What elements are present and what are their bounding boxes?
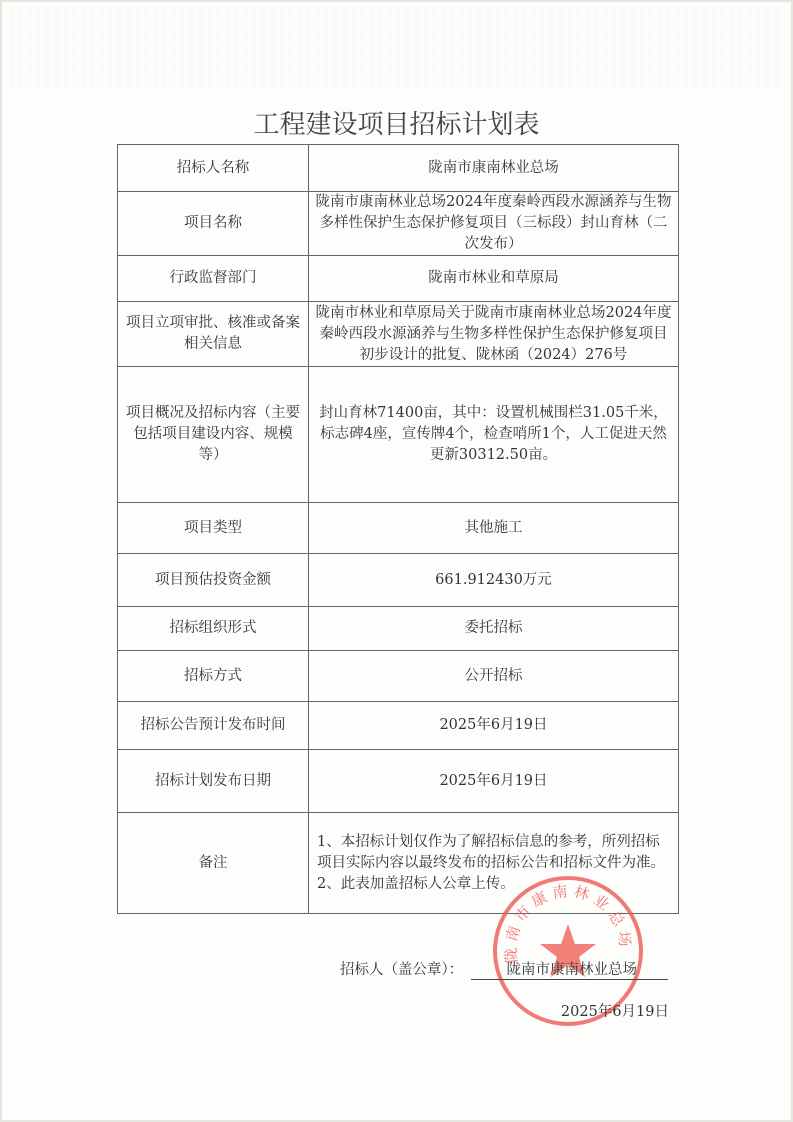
remark-line: 1、本招标计划仅作为了解招标信息的参考，所列招标项目实际内容以最终发布的招标公告… bbox=[317, 832, 672, 874]
field-label: 招标方式 bbox=[118, 651, 309, 702]
scan-noise bbox=[10, 8, 783, 88]
table-row: 行政监督部门陇南市林业和草原局 bbox=[118, 256, 679, 302]
field-label: 项目概况及招标内容（主要包括项目建设内容、规模等） bbox=[118, 367, 309, 503]
field-label: 项目立项审批、核准或备案相关信息 bbox=[118, 302, 309, 367]
field-label: 项目预估投资金额 bbox=[118, 554, 309, 607]
field-value: 其他施工 bbox=[309, 503, 679, 554]
table-row: 项目名称陇南市康南林业总场2024年度秦岭西段水源涵养与生物多样性保护生态保护修… bbox=[118, 192, 679, 256]
table-row: 项目预估投资金额661.912430万元 bbox=[118, 554, 679, 607]
field-value: 陇南市林业和草原局关于陇南市康南林业总场2024年度秦岭西段水源涵养与生物多样性… bbox=[309, 302, 679, 367]
signature-date: 2025年6月19日 bbox=[561, 1000, 669, 1021]
field-value: 委托招标 bbox=[309, 607, 679, 651]
field-value: 661.912430万元 bbox=[309, 554, 679, 607]
document-title: 工程建设项目招标计划表 bbox=[0, 104, 793, 141]
field-value: 陇南市康南林业总场 bbox=[309, 145, 679, 192]
signature-organization: 陇南市康南林业总场 bbox=[471, 958, 668, 980]
field-value: 陇南市康南林业总场2024年度秦岭西段水源涵养与生物多样性保护生态保护修复项目（… bbox=[309, 192, 679, 256]
table-row: 招标公告预计发布时间2025年6月19日 bbox=[118, 702, 679, 750]
field-value: 1、本招标计划仅作为了解招标信息的参考，所列招标项目实际内容以最终发布的招标公告… bbox=[309, 813, 679, 914]
field-value: 封山育林71400亩，其中：设置机械围栏31.05千米，标志碑4座，宣传牌4个，… bbox=[309, 367, 679, 503]
table-row: 招标人名称陇南市康南林业总场 bbox=[118, 145, 679, 192]
field-value: 2025年6月19日 bbox=[309, 750, 679, 813]
signature-label: 招标人（盖公章）： bbox=[340, 962, 463, 978]
remark-line: 2、此表加盖招标人公章上传。 bbox=[317, 874, 672, 895]
field-label: 招标组织形式 bbox=[118, 607, 309, 651]
table-row: 招标计划发布日期2025年6月19日 bbox=[118, 750, 679, 813]
field-label: 招标人名称 bbox=[118, 145, 309, 192]
signature-line: 招标人（盖公章）：陇南市康南林业总场 bbox=[340, 958, 668, 980]
bid-plan-table: 招标人名称陇南市康南林业总场项目名称陇南市康南林业总场2024年度秦岭西段水源涵… bbox=[117, 144, 679, 914]
table-row: 备注1、本招标计划仅作为了解招标信息的参考，所列招标项目实际内容以最终发布的招标… bbox=[118, 813, 679, 914]
table-row: 项目类型其他施工 bbox=[118, 503, 679, 554]
table-row: 招标组织形式委托招标 bbox=[118, 607, 679, 651]
field-label: 备注 bbox=[118, 813, 309, 914]
field-label: 招标公告预计发布时间 bbox=[118, 702, 309, 750]
field-label: 招标计划发布日期 bbox=[118, 750, 309, 813]
table-row: 项目立项审批、核准或备案相关信息陇南市林业和草原局关于陇南市康南林业总场2024… bbox=[118, 302, 679, 367]
field-value: 公开招标 bbox=[309, 651, 679, 702]
table-row: 招标方式公开招标 bbox=[118, 651, 679, 702]
table-row: 项目概况及招标内容（主要包括项目建设内容、规模等）封山育林71400亩，其中：设… bbox=[118, 367, 679, 503]
field-label: 项目类型 bbox=[118, 503, 309, 554]
field-value: 陇南市林业和草原局 bbox=[309, 256, 679, 302]
field-label: 行政监督部门 bbox=[118, 256, 309, 302]
field-label: 项目名称 bbox=[118, 192, 309, 256]
field-value: 2025年6月19日 bbox=[309, 702, 679, 750]
